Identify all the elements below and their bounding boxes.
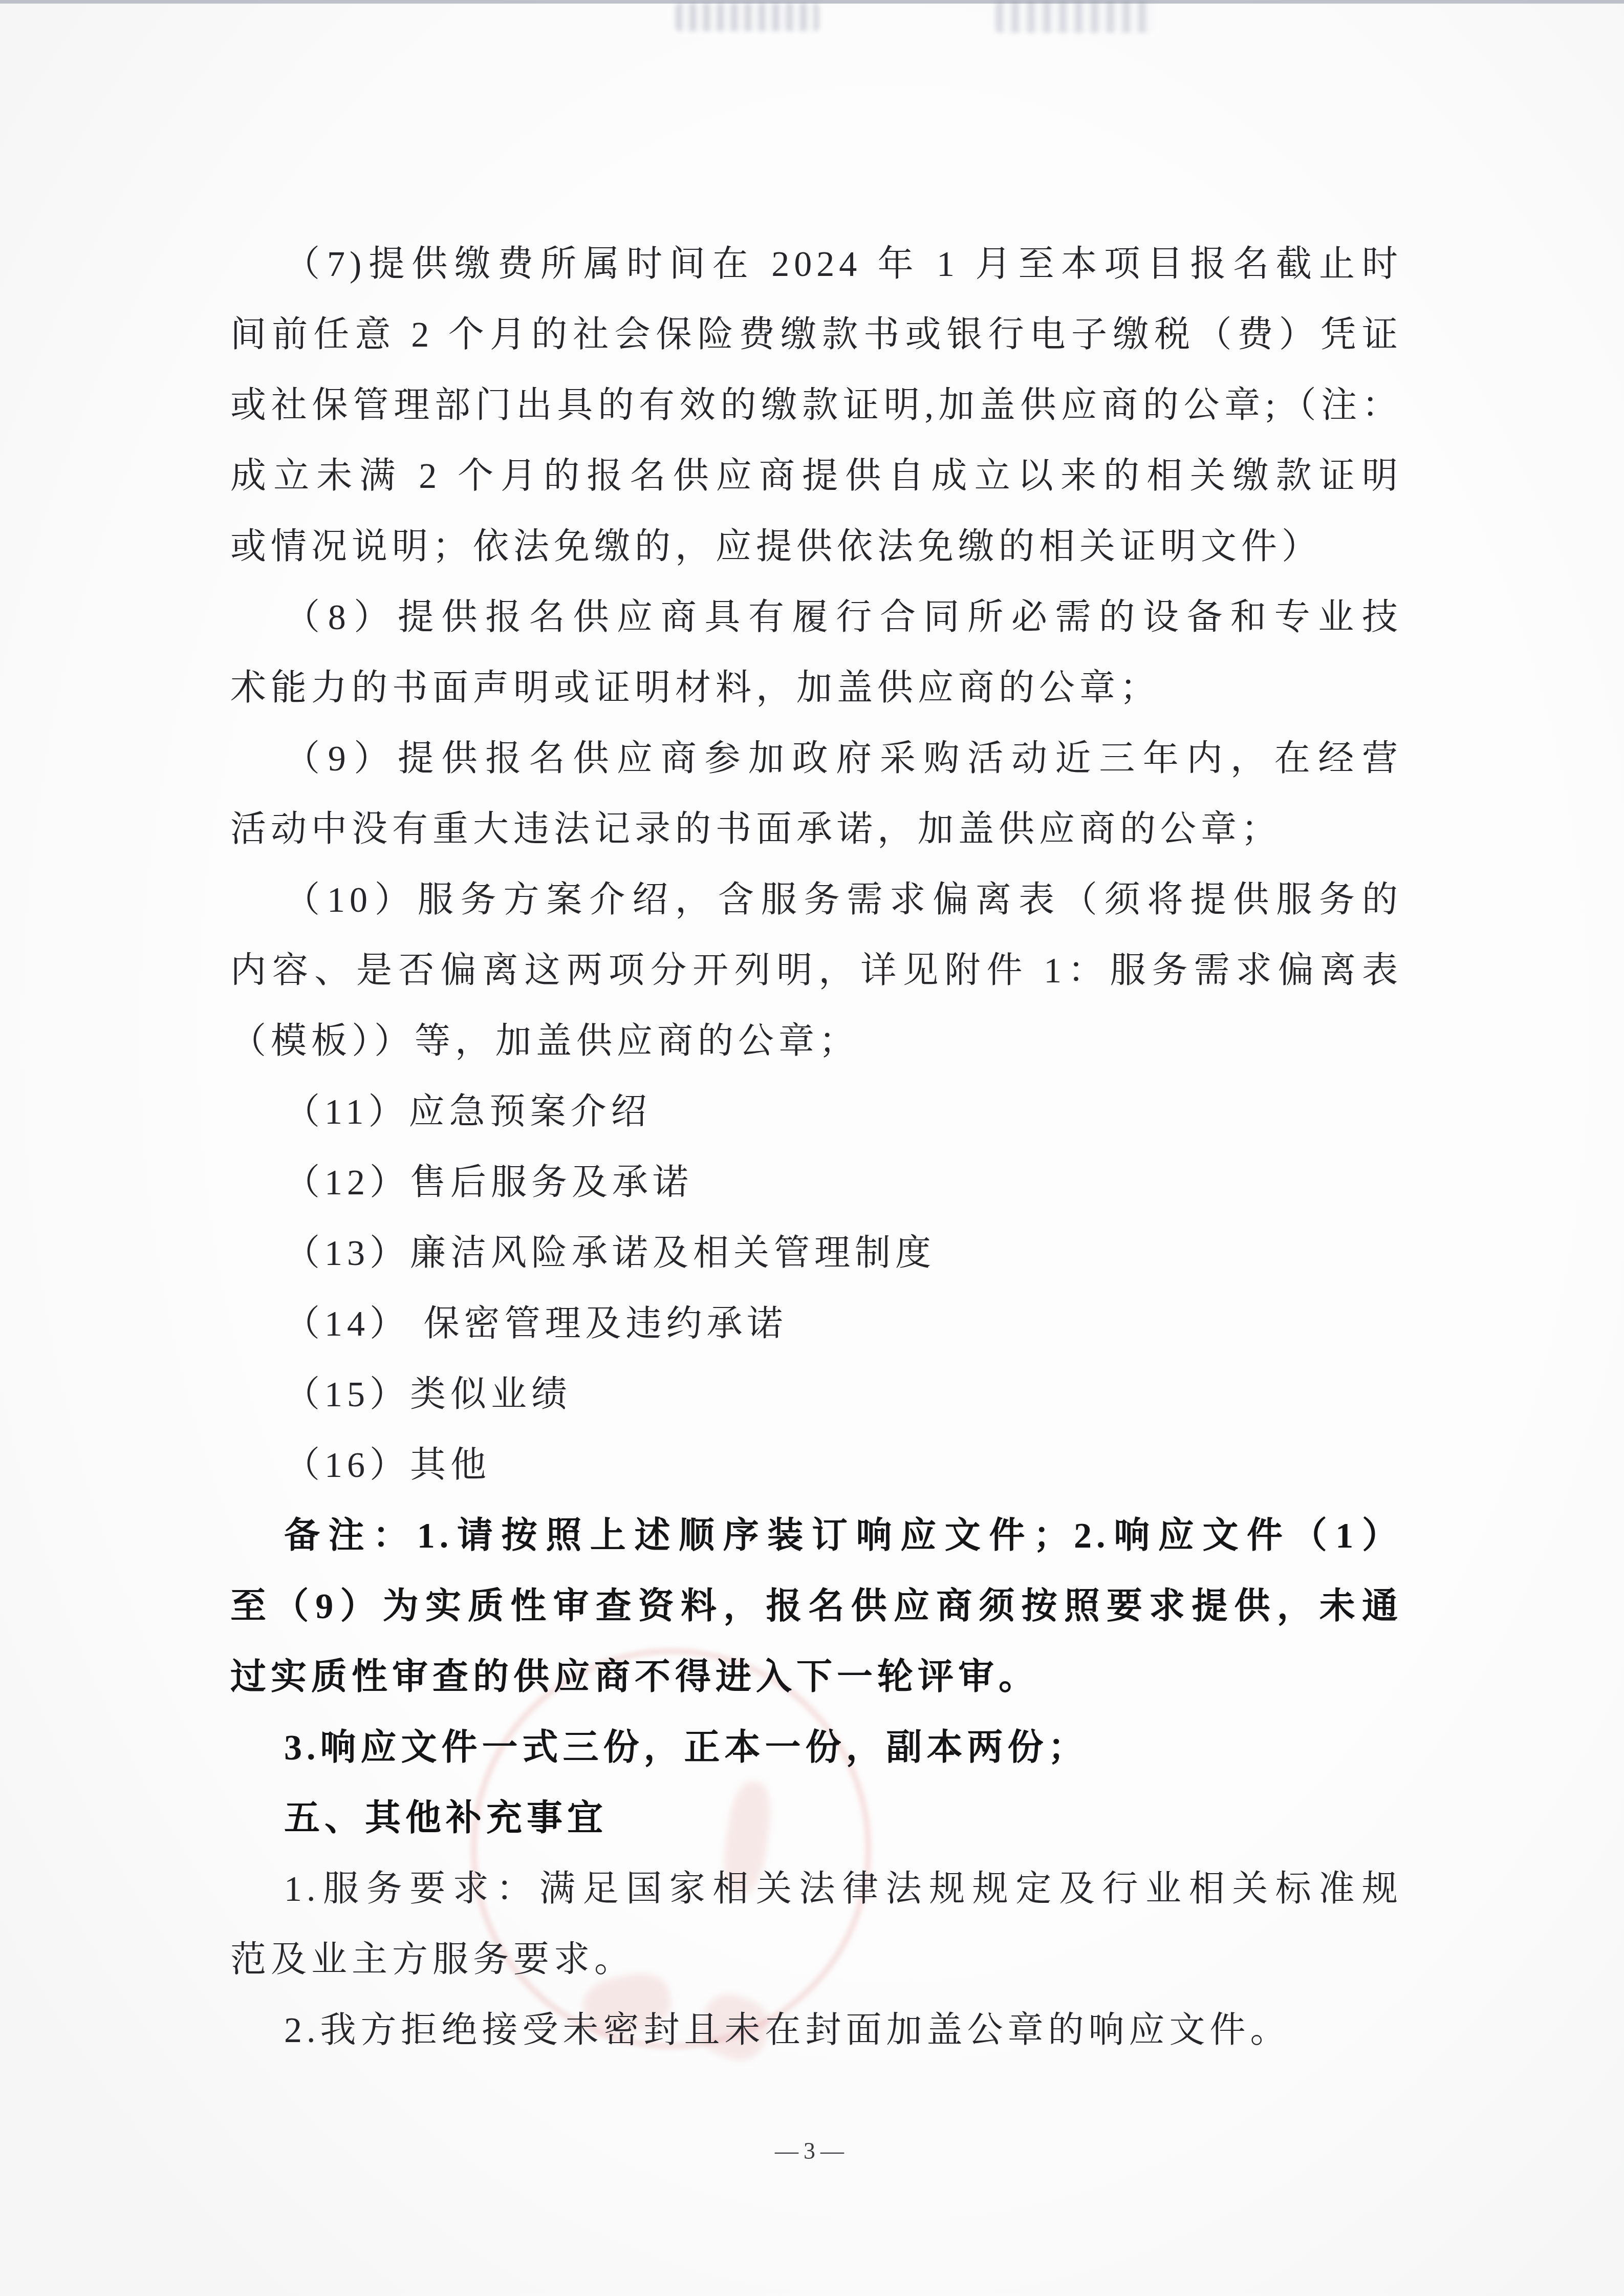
document-line: 备注：1.请按照上述顺序装订响应文件；2.响应文件（1） bbox=[230, 1501, 1402, 1572]
page-number: —3— bbox=[0, 2137, 1624, 2164]
document-line: （13）廉洁风险承诺及相关管理制度 bbox=[230, 1218, 1402, 1289]
document-line: 或情况说明；依法免缴的，应提供依法免缴的相关证明文件） bbox=[230, 512, 1402, 583]
document-line: 活动中没有重大违法记录的书面承诺，加盖供应商的公章； bbox=[230, 795, 1402, 865]
bleedthrough-smudge-left bbox=[676, 3, 819, 31]
paragraph-item-12: （12）售后服务及承诺 bbox=[230, 1148, 1402, 1218]
paragraph-item-16: （16）其他 bbox=[230, 1430, 1402, 1501]
document-line: 间前任意 2 个月的社会保险费缴款书或银行电子缴税（费）凭证 bbox=[230, 300, 1402, 371]
document-line: （16）其他 bbox=[230, 1430, 1402, 1501]
document-line: 五、其他补充事宜 bbox=[230, 1784, 1402, 1854]
paragraph-item-13: （13）廉洁风险承诺及相关管理制度 bbox=[230, 1218, 1402, 1289]
document-line: 过实质性审查的供应商不得进入下一轮评审。 bbox=[230, 1642, 1402, 1713]
document-line: 内容、是否偏离这两项分开列明，详见附件 1：服务需求偏离表 bbox=[230, 936, 1402, 1006]
document-line: （模板））等，加盖供应商的公章； bbox=[230, 1006, 1402, 1077]
paragraph-item-8: （8）提供报名供应商具有履行合同所必需的设备和专业技术能力的书面声明或证明材料，… bbox=[230, 583, 1402, 724]
paragraph-note: 备注：1.请按照上述顺序装订响应文件；2.响应文件（1）至（9）为实质性审查资料… bbox=[230, 1501, 1402, 1713]
document-line: 3.响应文件一式三份，正本一份，副本两份； bbox=[230, 1713, 1402, 1784]
paragraph-item-15: （15）类似业绩 bbox=[230, 1360, 1402, 1430]
document-line: 术能力的书面声明或证明材料，加盖供应商的公章； bbox=[230, 653, 1402, 724]
bleedthrough-smudge-right bbox=[995, 1, 1154, 33]
document-line: 或社保管理部门出具的有效的缴款证明,加盖供应商的公章;（注： bbox=[230, 371, 1402, 441]
paragraph-item-10: （10）服务方案介绍，含服务需求偏离表（须将提供服务的内容、是否偏离这两项分开列… bbox=[230, 865, 1402, 1077]
paragraph-section-5-heading: 五、其他补充事宜 bbox=[230, 1784, 1402, 1854]
document-line: （15）类似业绩 bbox=[230, 1360, 1402, 1430]
scanned-document-page: （7)提供缴费所属时间在 2024 年 1 月至本项目报名截止时间前任意 2 个… bbox=[0, 0, 1624, 2296]
document-line: 2.我方拒绝接受未密封且未在封面加盖公章的响应文件。 bbox=[230, 1995, 1402, 2066]
paragraph-item-9: （9）提供报名供应商参加政府采购活动近三年内，在经营活动中没有重大违法记录的书面… bbox=[230, 724, 1402, 865]
paragraph-item-14: （14） 保密管理及违约承诺 bbox=[230, 1289, 1402, 1360]
document-line: 成立未满 2 个月的报名供应商提供自成立以来的相关缴款证明 bbox=[230, 441, 1402, 512]
document-line: 1.服务要求：满足国家相关法律法规规定及行业相关标准规 bbox=[230, 1854, 1402, 1925]
document-line: （8）提供报名供应商具有履行合同所必需的设备和专业技 bbox=[230, 583, 1402, 653]
document-line: 至（9）为实质性审查资料，报名供应商须按照要求提供，未通 bbox=[230, 1572, 1402, 1642]
paragraph-item-11: （11）应急预案介绍 bbox=[230, 1077, 1402, 1148]
paragraph-supplement-2: 2.我方拒绝接受未密封且未在封面加盖公章的响应文件。 bbox=[230, 1995, 1402, 2066]
document-body: （7)提供缴费所属时间在 2024 年 1 月至本项目报名截止时间前任意 2 个… bbox=[230, 229, 1402, 2066]
document-line: （12）售后服务及承诺 bbox=[230, 1148, 1402, 1218]
document-line: （10）服务方案介绍，含服务需求偏离表（须将提供服务的 bbox=[230, 865, 1402, 936]
document-line: （11）应急预案介绍 bbox=[230, 1077, 1402, 1148]
document-line: （9）提供报名供应商参加政府采购活动近三年内，在经营 bbox=[230, 724, 1402, 795]
document-line: （7)提供缴费所属时间在 2024 年 1 月至本项目报名截止时 bbox=[230, 229, 1402, 300]
paragraph-supplement-1: 1.服务要求：满足国家相关法律法规规定及行业相关标准规范及业主方服务要求。 bbox=[230, 1854, 1402, 1995]
paragraph-item-7: （7)提供缴费所属时间在 2024 年 1 月至本项目报名截止时间前任意 2 个… bbox=[230, 229, 1402, 583]
document-line: 范及业主方服务要求。 bbox=[230, 1925, 1402, 1995]
paragraph-note-3: 3.响应文件一式三份，正本一份，副本两份； bbox=[230, 1713, 1402, 1784]
document-line: （14） 保密管理及违约承诺 bbox=[230, 1289, 1402, 1360]
